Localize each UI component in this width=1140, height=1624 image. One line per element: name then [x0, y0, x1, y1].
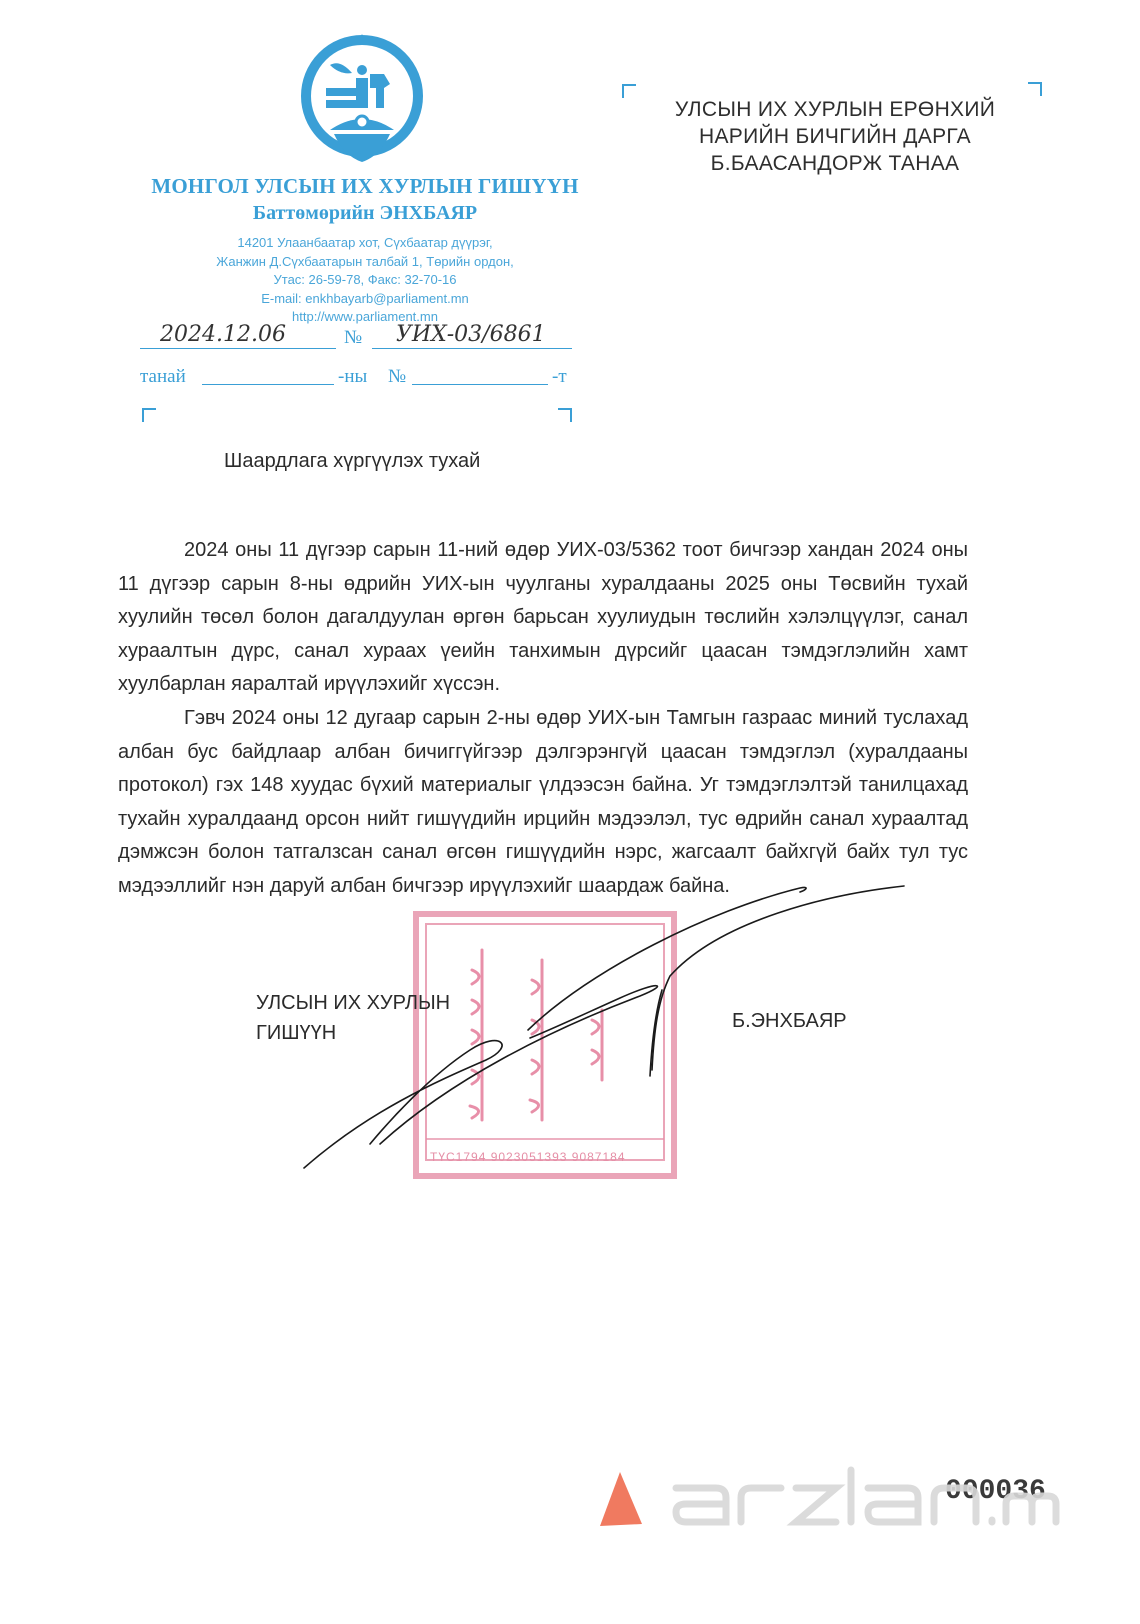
number-label: №: [344, 327, 362, 349]
address-line: Утас: 26-59-78, Факс: 32-70-16: [130, 271, 600, 290]
handwritten-date: 2024.12.06: [160, 322, 286, 347]
corner-mark: [622, 84, 636, 98]
recipient-line: НАРИЙН БИЧГИЙН ДАРГА: [650, 123, 1020, 150]
reference-row: танай -ны № -т: [140, 364, 590, 394]
address-line: 14201 Улаанбаатар хот, Сүхбаатар дүүрэг,: [130, 234, 600, 253]
recipient-line: Б.БААСАНДОРЖ ТАНАА: [650, 150, 1020, 177]
date-number-row: 2024.12.06 № УИХ-03/6861: [140, 322, 590, 352]
subject-heading: Шаардлага хүргүүлэх тухай: [224, 450, 480, 473]
state-emblem-icon: [300, 30, 425, 170]
email-line: E-mail: enkhbayarb@parliament.mn: [130, 290, 600, 309]
letterhead-title: МОНГОЛ УЛСЫН ИХ ХУРЛЫН ГИШҮҮН: [130, 174, 600, 199]
handwritten-signature: [290, 880, 910, 1180]
address-line: Жанжин Д.Сүхбаатарын талбай 1, Төрийн ор…: [130, 253, 600, 272]
ref-label-t: -т: [552, 366, 567, 388]
ref-label-no: №: [388, 366, 406, 388]
body-paragraph: 2024 оны 11 дүгээр сарын 11-ний өдөр УИХ…: [118, 534, 968, 702]
recipient-line: УЛСЫН ИХ ХУРЛЫН ЕРӨНХИЙ: [650, 96, 1020, 123]
corner-mark: [1028, 82, 1042, 96]
corner-mark: [558, 408, 572, 422]
letterhead-address: 14201 Улаанбаатар хот, Сүхбаатар дүүрэг,…: [130, 234, 600, 327]
letterhead-member-name: Баттөмөрийн ЭНХБАЯР: [130, 202, 600, 225]
watermark-text: arslan.mn: [0, 0, 1, 1]
corner-mark: [142, 408, 156, 422]
body-paragraph: Гэвч 2024 оны 12 дугаар сарын 2-ны өдөр …: [118, 702, 968, 904]
recipient-block: УЛСЫН ИХ ХУРЛЫН ЕРӨНХИЙ НАРИЙН БИЧГИЙН Д…: [650, 96, 1020, 177]
arslan-watermark-logo: [596, 1466, 1066, 1536]
ref-label-ny: -ны: [338, 366, 367, 388]
ref-label-tanai: танай: [140, 366, 186, 388]
letter-body: 2024 оны 11 дүгээр сарын 11-ний өдөр УИХ…: [118, 534, 968, 904]
handwritten-number: УИХ-03/6861: [396, 322, 546, 347]
